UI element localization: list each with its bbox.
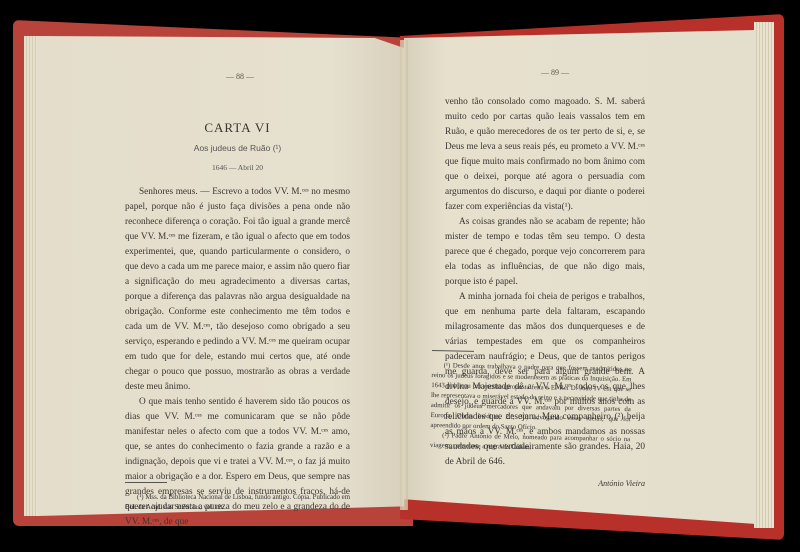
paragraph: As coisas grandes não se acabam de repen… — [445, 215, 645, 290]
letter-subtitle: Aos judeus de Ruão (¹) — [125, 141, 350, 156]
right-footnotes: (¹) Desde anos trabalhava o padre para q… — [430, 350, 632, 455]
letter-date: 1646 — Abril 20 — [125, 160, 350, 175]
letter-title: CARTA VI — [125, 120, 350, 135]
paragraph: Senhores meus. — Escrevo a todos VV. M.ᶜ… — [125, 185, 350, 395]
footnote: (²) Padre António de Melo, nomeado para … — [430, 431, 630, 455]
left-page-body: CARTA VI Aos judeus de Ruão (¹) 1646 — A… — [125, 120, 350, 530]
book-gutter — [400, 40, 408, 510]
left-page-number: — 88 — — [210, 72, 270, 81]
signature: António Vieira — [445, 476, 645, 491]
left-footnotes — [125, 482, 350, 491]
open-book: — 88 — — 89 — CARTA VI Aos judeus de Ruã… — [0, 0, 800, 552]
footnote: (¹) Desde anos trabalhava o padre para q… — [430, 361, 631, 435]
paragraph: venho tão consolado como magoado. S. M. … — [445, 95, 645, 215]
page-edges-right — [754, 22, 774, 528]
page-edges-left — [24, 36, 38, 516]
footnote-rule — [125, 482, 167, 483]
footnote-rule — [432, 350, 474, 352]
left-footnote-block: (¹) Mss. da Biblioteca Nacional de Lisbo… — [125, 493, 350, 513]
footnote: (¹) Mss. da Biblioteca Nacional de Lisbo… — [125, 493, 350, 513]
right-page-number: — 89 — — [525, 68, 585, 77]
